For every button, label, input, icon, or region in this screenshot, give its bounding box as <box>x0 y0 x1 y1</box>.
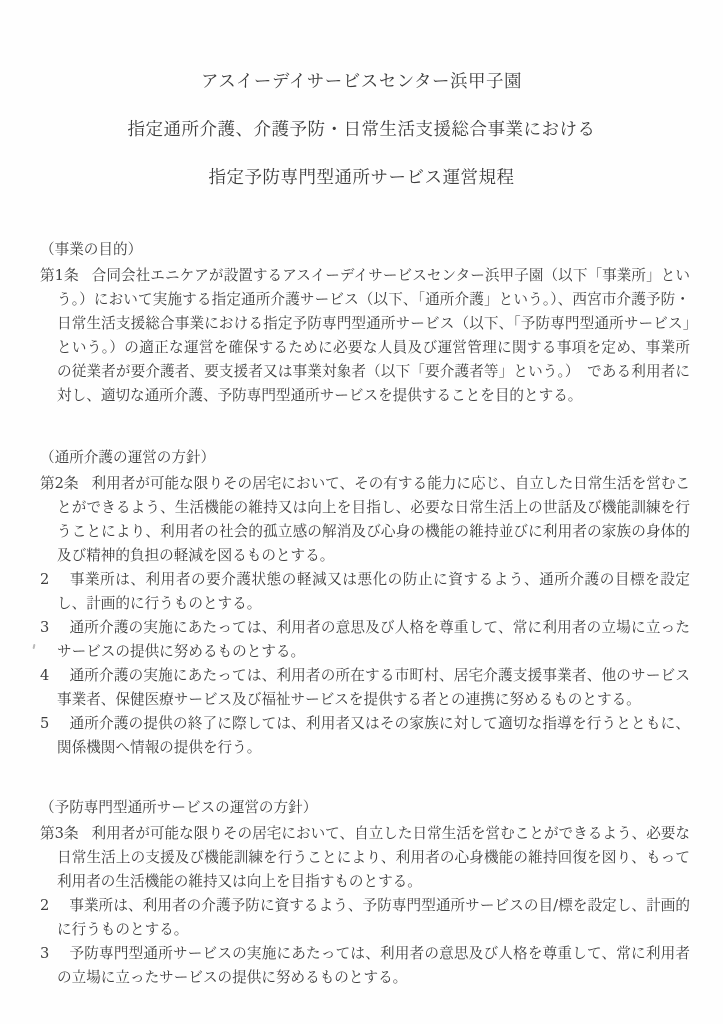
scan-artifact-speck <box>33 644 36 649</box>
article-2-item-5: 5通所介護の提供の終了に際しては、利用者又はその家族に対して適切な指導を行うとと… <box>40 712 690 760</box>
article-2-label: 第2条 <box>40 475 79 492</box>
article-3-item-3-text: 予防専門型通所サービスの実施にあたっては、利用者の意思及び人格を尊重して、常に利… <box>57 945 690 986</box>
article-2-item-4-text: 通所介護の実施にあたっては、利用者の所在する市町村、居宅介護支援事業者、他のサー… <box>57 667 690 708</box>
section-yobo-service-policy: （予防専門型通所サービスの運営の方針） 第3条利用者が可能な限りその居宅において… <box>40 796 690 990</box>
article-2-text: 利用者が可能な限りその居宅において、その有する能力に応じ、自立した日常生活を営む… <box>57 475 690 564</box>
article-2-item-5-text: 通所介護の提供の終了に際しては、利用者又はその家族に対して適切な指導を行うととも… <box>57 715 690 756</box>
article-3-label: 第3条 <box>40 825 79 842</box>
article-2-item-4-number: 4 <box>40 667 49 684</box>
article-1-label: 第1条 <box>40 267 79 284</box>
article-2-item-2-text: 事業所は、利用者の要介護状態の軽減又は悪化の防止に資するよう、通所介護の目標を設… <box>57 571 690 612</box>
article-2-item-4: 4通所介護の実施にあたっては、利用者の所在する市町村、居宅介護支援事業者、他のサ… <box>40 664 690 712</box>
article-1-text: 合同会社エニケアが設置するアスイーデイサービスセンター浜甲子園（以下「事業所」と… <box>57 267 690 404</box>
article-2-paragraph: 第2条利用者が可能な限りその居宅において、その有する能力に応じ、自立した日常生活… <box>40 472 690 568</box>
section-heading-yobo-service-policy: （予防専門型通所サービスの運営の方針） <box>40 796 690 820</box>
article-2-item-2-number: 2 <box>40 571 49 588</box>
section-heading-tsusho-kaigo-policy: （通所介護の運営の方針） <box>40 446 690 470</box>
article-2-item-3: 3通所介護の実施にあたっては、利用者の意思及び人格を尊重して、常に利用者の立場に… <box>40 616 690 664</box>
article-2-item-3-number: 3 <box>40 619 49 636</box>
section-business-purpose: （事業の目的） 第1条合同会社エニケアが設置するアスイーデイサービスセンター浜甲… <box>40 238 690 408</box>
document-page: アスイーデイサービスセンター浜甲子園 指定通所介護、介護予防・日常生活支援総合事… <box>0 0 723 1024</box>
article-2-item-3-text: 通所介護の実施にあたっては、利用者の意思及び人格を尊重して、常に利用者の立場に立… <box>57 619 690 660</box>
document-title-program: 指定通所介護、介護予防・日常生活支援総合事業における <box>0 120 723 140</box>
document-title-regulation: 指定予防専門型通所サービス運営規程 <box>0 168 723 188</box>
section-heading-purpose: （事業の目的） <box>40 238 690 262</box>
article-3-item-2-text: 事業所は、利用者の介護予防に資するよう、予防専門型通所サービスの目/標を設定し、… <box>57 897 690 938</box>
document-body: （事業の目的） 第1条合同会社エニケアが設置するアスイーデイサービスセンター浜甲… <box>40 238 690 990</box>
article-2-item-2: 2事業所は、利用者の要介護状態の軽減又は悪化の防止に資するよう、通所介護の目標を… <box>40 568 690 616</box>
article-1-paragraph: 第1条合同会社エニケアが設置するアスイーデイサービスセンター浜甲子園（以下「事業… <box>40 264 690 408</box>
article-3-paragraph: 第3条利用者が可能な限りその居宅において、自立した日常生活を営むことができるよう… <box>40 822 690 894</box>
document-title-block: アスイーデイサービスセンター浜甲子園 指定通所介護、介護予防・日常生活支援総合事… <box>0 0 723 188</box>
article-3-item-2: 2事業所は、利用者の介護予防に資するよう、予防専門型通所サービスの目/標を設定し… <box>40 894 690 942</box>
document-title-facility: アスイーデイサービスセンター浜甲子園 <box>0 72 723 92</box>
article-3-item-2-number: 2 <box>40 897 49 914</box>
article-3-item-3: 3予防専門型通所サービスの実施にあたっては、利用者の意思及び人格を尊重して、常に… <box>40 942 690 990</box>
article-3-item-3-number: 3 <box>40 945 49 962</box>
section-tsusho-kaigo-policy: （通所介護の運営の方針） 第2条利用者が可能な限りその居宅において、その有する能… <box>40 446 690 760</box>
article-3-text: 利用者が可能な限りその居宅において、自立した日常生活を営むことができるよう、必要… <box>57 825 690 890</box>
article-2-item-5-number: 5 <box>40 715 49 732</box>
